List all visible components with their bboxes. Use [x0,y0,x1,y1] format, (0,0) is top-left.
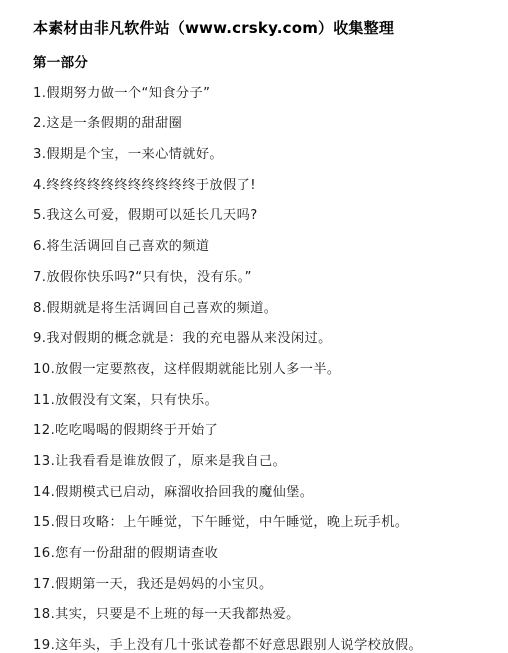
list-item-5: 5.我这么可爱，假期可以延长几天吗? [33,208,480,224]
list-item-6: 6.将生活调回自己喜欢的频道 [33,239,480,255]
list-item-12: 12.吃吃喝喝的假期终于开始了 [33,423,480,439]
document-page: 本素材由非凡软件站（www.crsky.com）收集整理 第一部分 1.假期努力… [0,0,508,653]
list-item-1: 1.假期努力做一个“知食分子” [33,86,480,102]
list-item-9: 9.我对假期的概念就是：我的充电器从来没闲过。 [33,331,480,347]
list-item-7: 7.放假你快乐吗?“只有快，没有乐。” [33,270,480,286]
list-item-11: 11.放假没有文案，只有快乐。 [33,393,480,409]
list-item-17: 17.假期第一天，我还是妈妈的小宝贝。 [33,577,480,593]
list-item-16: 16.您有一份甜甜的假期请查收 [33,546,480,562]
list-item-18: 18.其实，只要是不上班的每一天我都热爱。 [33,607,480,623]
list-item-15: 15.假日攻略：上午睡觉，下午睡觉，中午睡觉，晚上玩手机。 [33,515,480,531]
list-item-10: 10.放假一定要熬夜，这样假期就能比别人多一半。 [33,362,480,378]
list-item-8: 8.假期就是将生活调回自己喜欢的频道。 [33,301,480,317]
list-item-19: 19.这年头，手上没有几十张试卷都不好意思跟别人说学校放假。 [33,638,480,653]
document-header: 本素材由非凡软件站（www.crsky.com）收集整理 [33,20,480,37]
list-item-13: 13.让我看看是谁放假了，原来是我自己。 [33,454,480,470]
section-title: 第一部分 [33,56,480,71]
list-item-14: 14.假期模式已启动，麻溜收拾回我的魔仙堡。 [33,485,480,501]
list-item-3: 3.假期是个宝，一来心情就好。 [33,147,480,163]
list-item-4: 4.终终终终终终终终终终终于放假了! [33,178,480,194]
list-item-2: 2.这是一条假期的甜甜圈 [33,116,480,132]
